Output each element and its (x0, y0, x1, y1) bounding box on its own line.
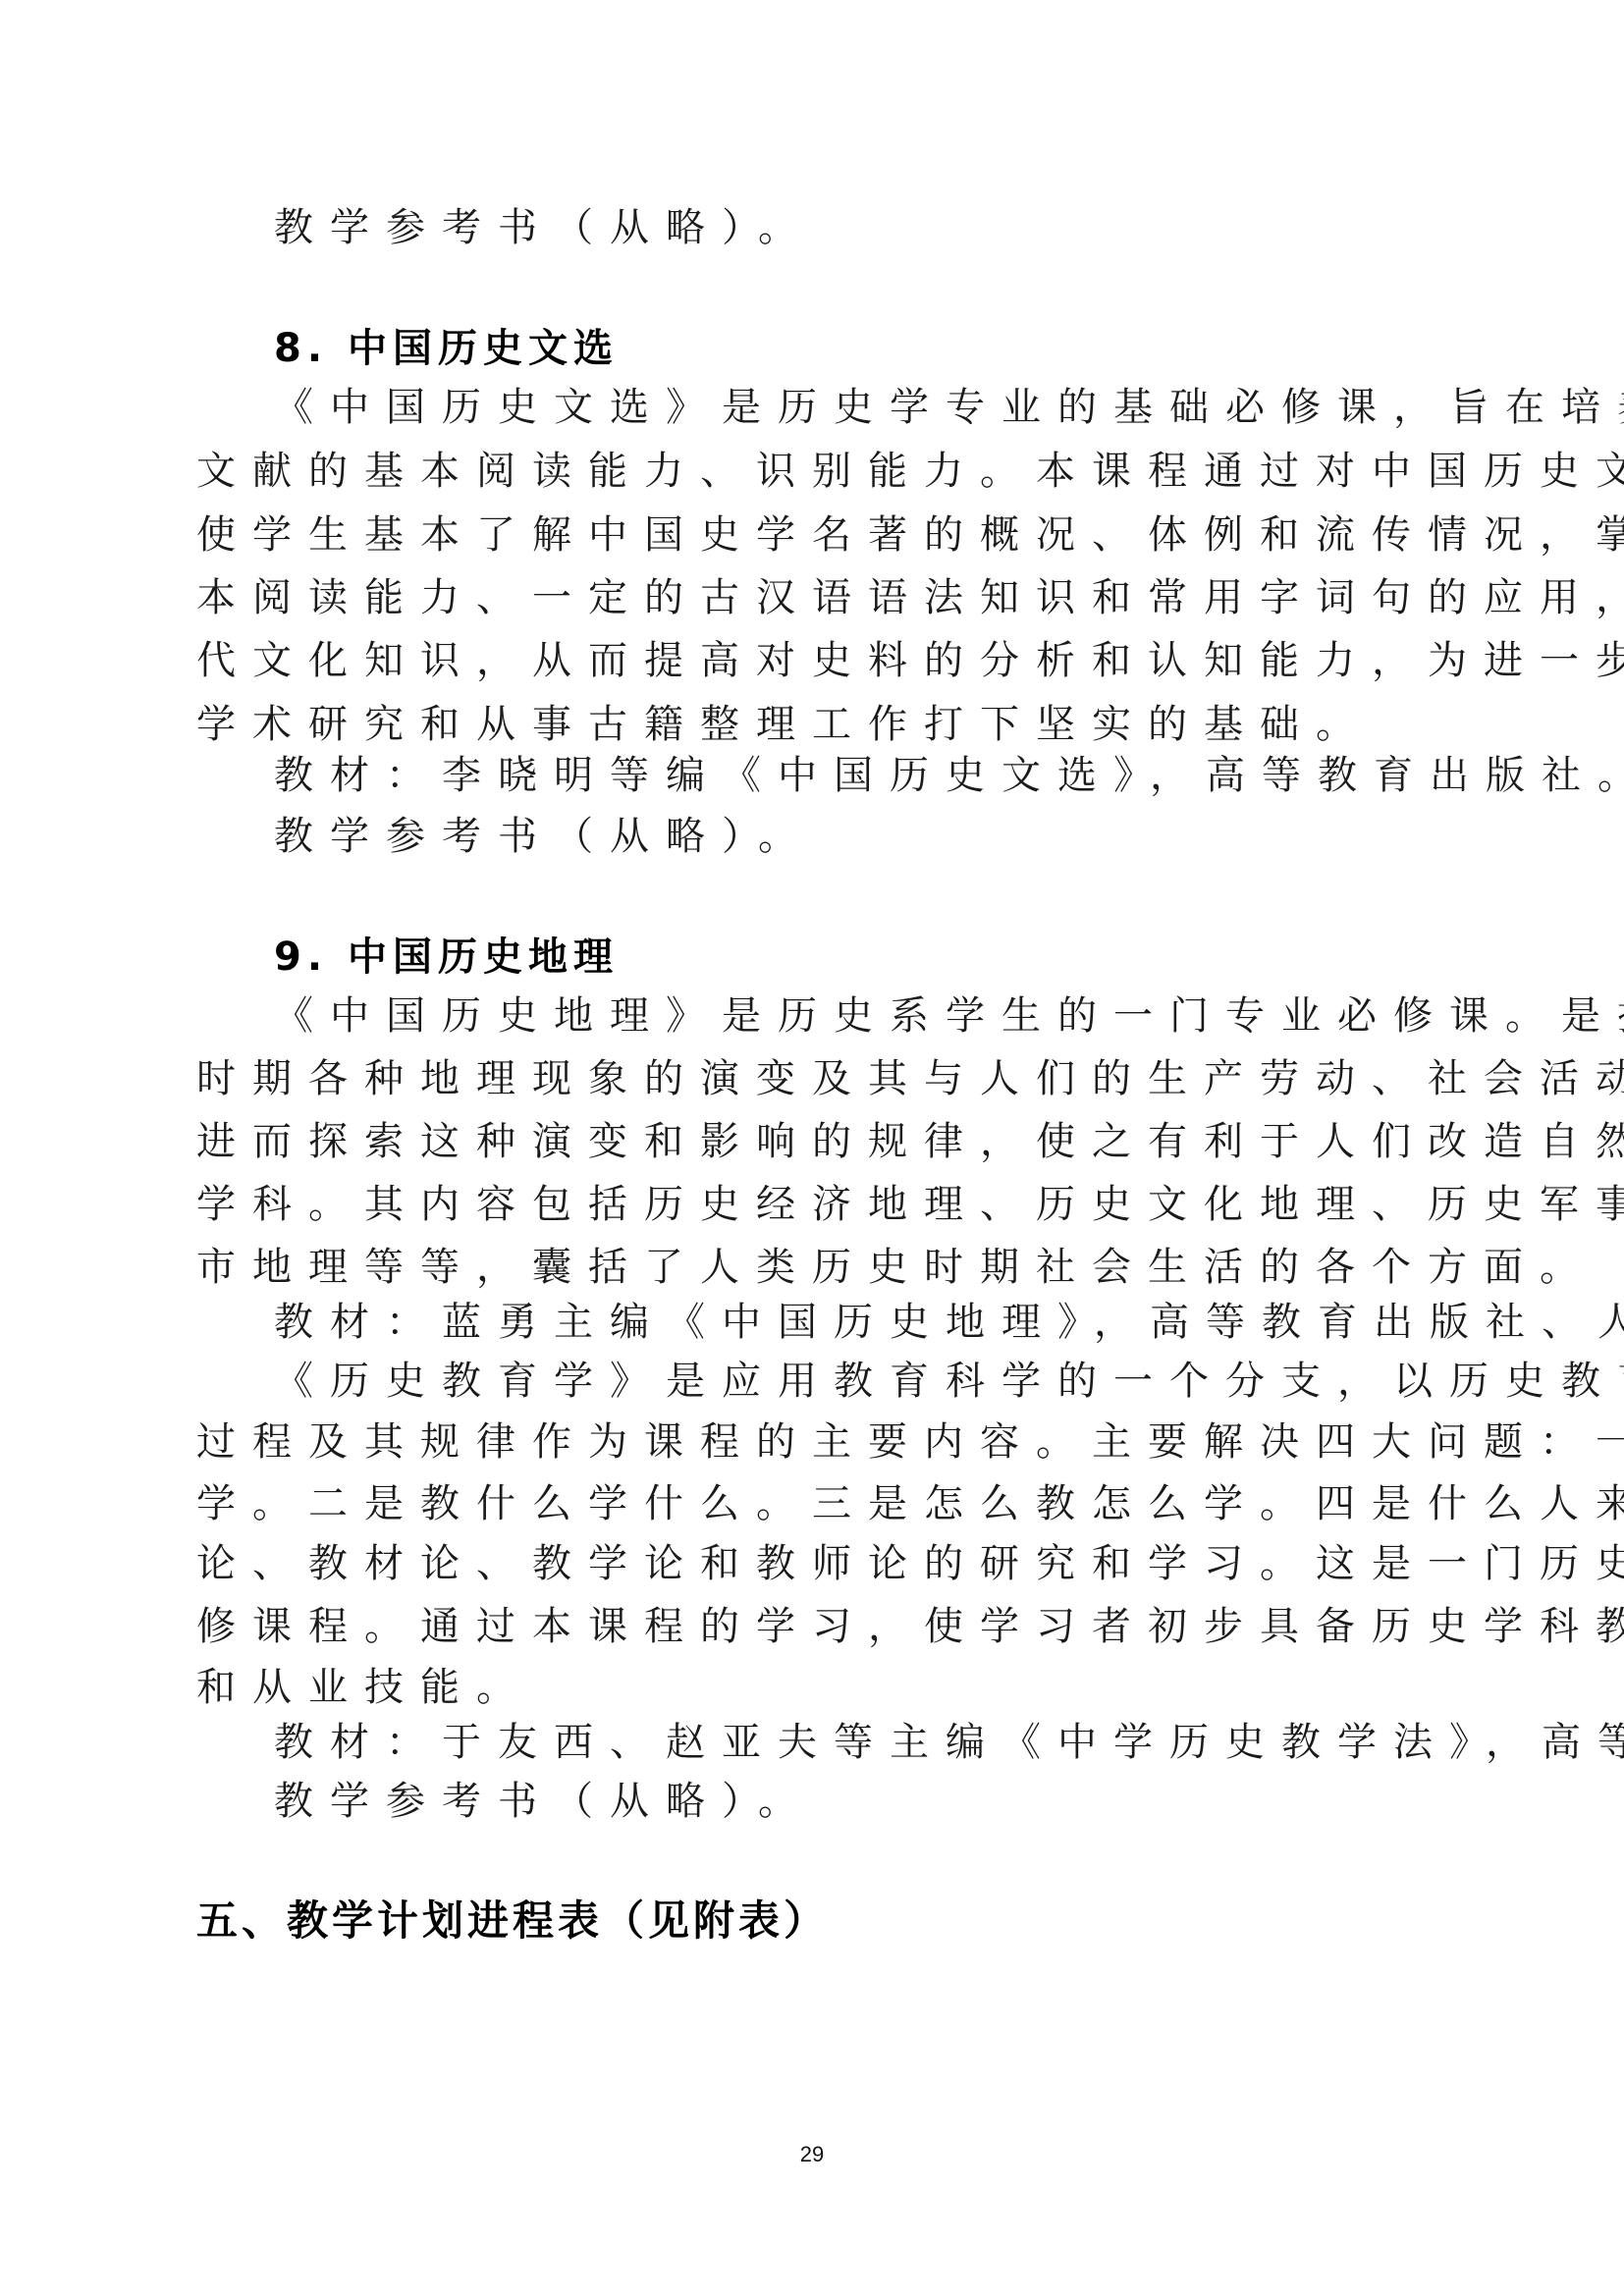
paragraph-line: 过程及其规律作为课程的主要内容。主要解决四大问题：一是为什么教和 (196, 1411, 1435, 1473)
section-heading-5: 五、教学计划进程表（见附表） (196, 1890, 829, 1952)
reference-note: 教学参考书（从略）。 (274, 805, 1435, 868)
page-number: 29 (0, 2142, 1624, 2167)
paragraph-line: 修课程。通过本课程的学习，使学习者初步具备历史学科教学的从业素质 (196, 1595, 1435, 1658)
section-heading-8: 8. 中国历史文选 (274, 317, 619, 380)
paragraph-line: 使学生基本了解中国史学名著的概况、体例和流传情况，掌握古汉语的基 (196, 504, 1435, 566)
paragraph-line: 《中国历史地理》是历史系学生的一门专业必修课。是探索中国历史 (274, 985, 1435, 1047)
reference-note: 教学参考书（从略）。 (274, 1770, 1435, 1833)
paragraph-line: 文献的基本阅读能力、识别能力。本课程通过对中国历史文献名篇的学习， (196, 440, 1435, 503)
section-heading-9: 9. 中国历史地理 (274, 926, 619, 988)
paragraph-line: 《历史教育学》是应用教育科学的一个分支，以历史教育、教学的全 (274, 1350, 1435, 1413)
paragraph-line: 本阅读能力、一定的古汉语语法知识和常用字词句的应用，了解基本的古 (196, 566, 1435, 629)
paragraph-line: 和从业技能。 (196, 1656, 1435, 1719)
textbook-line: 教材：于友西、赵亚夫等主编《中学历史教学法》，高等教育出版社。 (274, 1711, 1435, 1774)
paragraph-line: 市地理等等，囊括了人类历史时期社会生活的各个方面。 (196, 1236, 1435, 1299)
textbook-line: 教材：蓝勇主编《中国历史地理》，高等教育出版社、人民出版社。 (274, 1291, 1435, 1354)
paragraph-line: 时期各种地理现象的演变及其与人们的生产劳动、社会活动相互影响，并 (196, 1047, 1435, 1110)
paragraph-line: 代文化知识，从而提高对史料的分析和认知能力，为进一步的古文教学、 (196, 629, 1435, 692)
paragraph-line: 论、教材论、教学论和教师论的研究和学习。这是一门历史师范教育的必 (196, 1532, 1435, 1595)
paragraph-line: 学。二是教什么学什么。三是怎么教怎么学。四是什么人来教。即对课程 (196, 1472, 1435, 1535)
paragraph-line: 《中国历史文选》是历史学专业的基础必修课，旨在培养学生对历史 (274, 376, 1435, 439)
paragraph-line: 进而探索这种演变和影响的规律，使之有利于人们改造自然和利用自然的 (196, 1110, 1435, 1173)
textbook-line: 教材：李晓明等编《中国历史文选》，高等教育出版社。 (274, 744, 1435, 807)
paragraph-line: 学科。其内容包括历史经济地理、历史文化地理、历史军事地理、历史城 (196, 1173, 1435, 1236)
document-page: 教学参考书（从略）。 8. 中国历史文选 《中国历史文选》是历史学专业的基础必修… (0, 0, 1624, 2296)
reference-note: 教学参考书（从略）。 (274, 196, 1435, 259)
